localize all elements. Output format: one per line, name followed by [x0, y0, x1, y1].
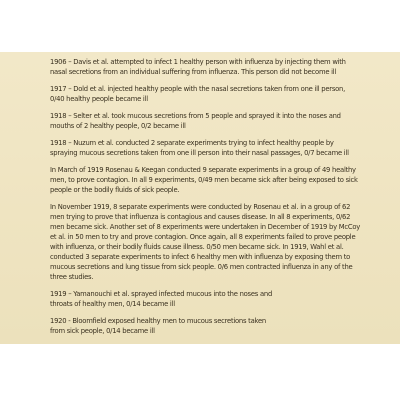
- document-page-panel: 1906 – Davis et al. attempted to infect …: [0, 52, 400, 344]
- paragraph-1920-bloomfield: 1920 - Bloomfield exposed healthy men to…: [50, 316, 394, 336]
- paragraph-1918-nuzum: 1918 – Nuzum et al. conducted 2 separate…: [50, 138, 394, 158]
- paragraph-1919-yamanouchi: 1919 – Yamanouchi et al. sprayed infecte…: [50, 289, 394, 309]
- paragraph-1918-selter: 1918 – Selter et al. took mucous secreti…: [50, 111, 394, 131]
- paragraph-1906-davis: 1906 – Davis et al. attempted to infect …: [50, 57, 394, 77]
- document-text-block: 1906 – Davis et al. attempted to infect …: [50, 57, 394, 343]
- paragraph-1919-march-rosenau-keegan: In March of 1919 Rosenau & Keegan conduc…: [50, 165, 394, 195]
- paragraph-1919-november-rosenau-mccoy-wahl: In November 1919, 8 separate experiments…: [50, 202, 394, 282]
- paragraph-1917-dold: 1917 – Dold et al. injected healthy peop…: [50, 84, 394, 104]
